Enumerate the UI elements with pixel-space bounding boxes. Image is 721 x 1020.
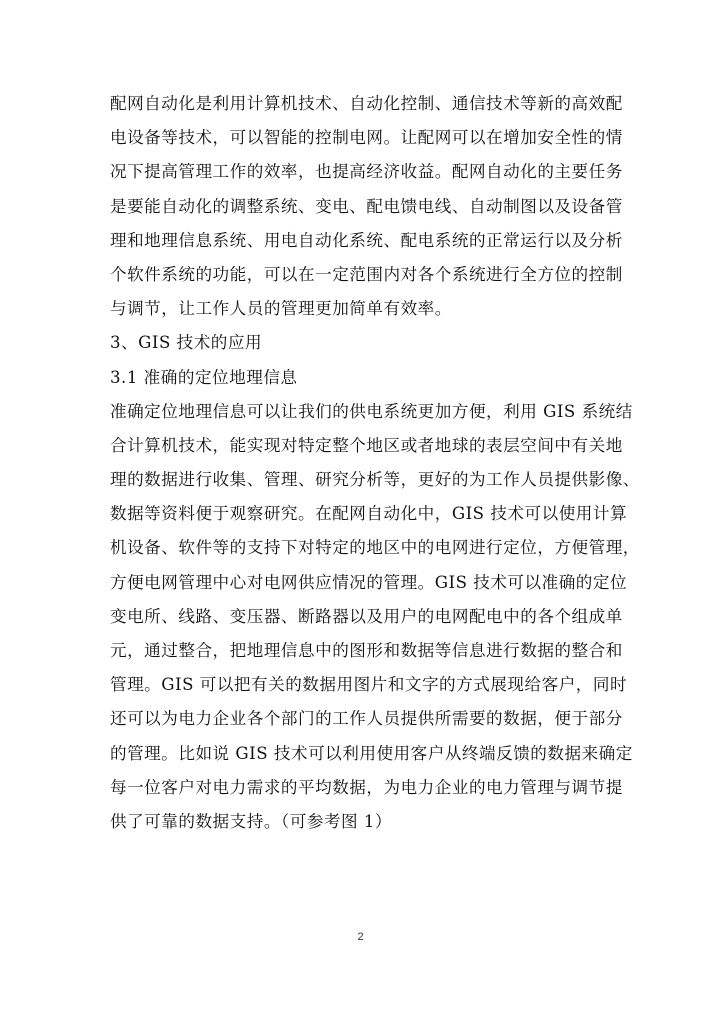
paragraph-line: 理和地理信息系统、用电自动化系统、配电系统的正常运行以及分析 xyxy=(110,224,612,258)
paragraph-line: 理的数据进行收集、管理、研究分析等，更好的为工作人员提供影像、 xyxy=(110,463,612,497)
subsection-heading: 3.1 准确的定位地理信息 xyxy=(110,361,612,395)
paragraph-line: 电设备等技术，可以智能的控制电网。让配网可以在增加安全性的情 xyxy=(110,121,612,155)
paragraph-line: 供了可靠的数据支持。（可参考图 1） xyxy=(110,805,612,839)
page-content: 配网自动化是利用计算机技术、自动化控制、通信技术等新的高效配 电设备等技术，可以… xyxy=(110,87,612,839)
paragraph-line: 况下提高管理工作的效率，也提高经济收益。配网自动化的主要任务 xyxy=(110,155,612,189)
paragraph-line: 方便电网管理中心对电网供应情况的管理。GIS 技术可以准确的定位 xyxy=(110,566,612,600)
paragraph-line: 的管理。比如说 GIS 技术可以利用使用客户从终端反馈的数据来确定 xyxy=(110,737,612,771)
paragraph-line: 每一位客户对电力需求的平均数据，为电力企业的电力管理与调节提 xyxy=(110,771,612,805)
paragraph-line: 变电所、线路、变压器、断路器以及用户的电网配电中的各个组成单 xyxy=(110,600,612,634)
page-number: 2 xyxy=(0,931,721,943)
paragraph-line: 机设备、软件等的支持下对特定的地区中的电网进行定位，方便管理， xyxy=(110,531,612,565)
document-page: 配网自动化是利用计算机技术、自动化控制、通信技术等新的高效配 电设备等技术，可以… xyxy=(0,0,721,1020)
paragraph-line: 个软件系统的功能，可以在一定范围内对各个系统进行全方位的控制 xyxy=(110,258,612,292)
paragraph-line: 配网自动化是利用计算机技术、自动化控制、通信技术等新的高效配 xyxy=(110,87,612,121)
paragraph-line: 与调节，让工作人员的管理更加简单有效率。 xyxy=(110,292,612,326)
paragraph-gis-location: 准确定位地理信息可以让我们的供电系统更加方便，利用 GIS 系统结 合计算机技术… xyxy=(110,395,612,839)
paragraph-line: 合计算机技术，能实现对特定整个地区或者地球的表层空间中有关地 xyxy=(110,429,612,463)
paragraph-line: 管理。GIS 可以把有关的数据用图片和文字的方式展现给客户，同时 xyxy=(110,668,612,702)
paragraph-line: 还可以为电力企业各个部门的工作人员提供所需要的数据，便于部分 xyxy=(110,702,612,736)
paragraph-intro: 配网自动化是利用计算机技术、自动化控制、通信技术等新的高效配 电设备等技术，可以… xyxy=(110,87,612,326)
paragraph-line: 是要能自动化的调整系统、变电、配电馈电线、自动制图以及设备管 xyxy=(110,190,612,224)
section-heading: 3、GIS 技术的应用 xyxy=(110,326,612,360)
paragraph-line: 数据等资料便于观察研究。在配网自动化中，GIS 技术可以使用计算 xyxy=(110,497,612,531)
paragraph-line: 准确定位地理信息可以让我们的供电系统更加方便，利用 GIS 系统结 xyxy=(110,395,612,429)
paragraph-line: 元，通过整合，把地理信息中的图形和数据等信息进行数据的整合和 xyxy=(110,634,612,668)
